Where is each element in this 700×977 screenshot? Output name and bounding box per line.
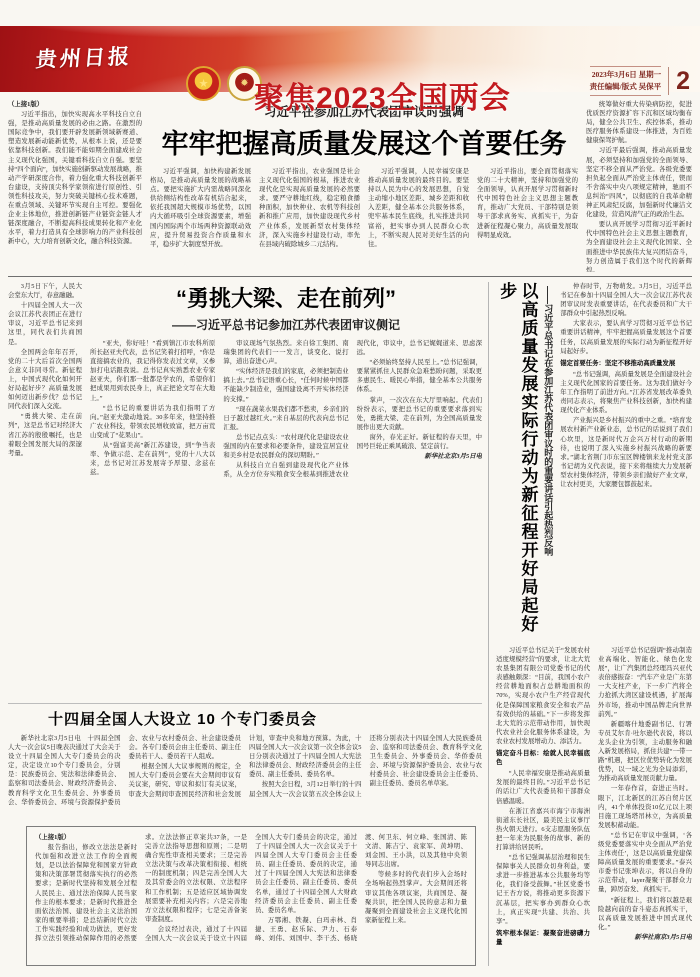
paragraph: 窗外，春光正好。新征程的春天里，中国号巨轮正乘风破浪、坚定前行。 (357, 433, 482, 451)
top-story-headline: 牢牢把握高质量发展这个首要任务 (150, 122, 578, 161)
paragraph: 习近平总书记关于“发展农村适度规模经营”的要求，让北大荒农垦集团有限公司党委书记… (496, 646, 590, 746)
paragraph: 审议现场气氛热烈。来自徐工集团、南瑞集团的代表们一一发言，谈变化、说打算，道出奋… (223, 339, 348, 366)
emblem-group: ★ ✹ (186, 66, 262, 101)
paragraph: 锚定奋斗目标：绘就人民幸福底色 (496, 749, 590, 767)
paragraph: 一年春作首，奋进正当时。眼下，江北新区的江苏自贸片区内，41个单体投资10亿元以… (598, 784, 692, 829)
paragraph: 筑牢根本保证：凝聚奋进磅礴力量 (496, 929, 590, 947)
editor-line: 责任编辑/版式 吴保平 (590, 81, 661, 93)
paragraph: 新华社南京3月5日电 (598, 933, 692, 942)
paragraph: “总书记强调基层治理和民生保障事关人民群众切身利益，要求进一步推进基本公共服务均… (496, 853, 590, 926)
paragraph: 从“强富美高”新江苏建设，到“争当表率、争做示范、走在前列”，党的十八大以来，总… (90, 441, 215, 477)
paragraph: （上接1版） (8, 100, 142, 109)
paragraph: 产业振兴是乡村振兴的重中之重。“培育发展农村新产业新业态，总书记的话说到了我们心… (560, 416, 692, 489)
paragraph: 习近平总书记强调“推动制造业高端化、智能化、绿色化发展”，让广汽集团总经理冯兴亚… (598, 646, 692, 719)
reaction-bottom-columns: 习近平总书记关于“发展农村适度规模经营”的要求，让北大荒农垦集团有限公司党委书记… (496, 646, 692, 962)
npc-committees-section: 十四届全国人大设立 10 个专门委员会 新华社北京3月5日电 十四届全国人大一次… (8, 708, 482, 820)
npc-body-columns: 新华社北京3月5日电 十四届全国人大一次会议5日晚表决通过了大会关于设立十四届全… (8, 734, 482, 818)
boxed-body-columns: （上接1版）报告指出，修改立法法是新时代加强和改进立法工作的全面规划，是以法治保… (35, 833, 467, 955)
column-divider-vertical (488, 282, 489, 966)
paragraph: “勇挑大梁、走在前列”，这是总书记对经济大省江苏的殷殷嘱托，也是着眼全国发展大局… (8, 412, 82, 457)
paragraph: 在浙江省嘉兴市海宁市海洲街道东长社区，最美民主议事厅热火朝天进行。6支志愿服务队… (496, 807, 590, 852)
feature-title: “勇挑大梁、走在前列” (90, 282, 482, 313)
top-story-body-columns: 习近平强调，加快构建新发展格局，是推动高质量发展的战略基点。要把实施扩大内需战略… (150, 167, 578, 272)
reaction-article-section: 以高质量发展实际行动为新征程开好局起好步 ——习近平总书记在参加江苏代表团审议时… (496, 282, 692, 966)
date-line: 2023年3月6日 星期一 (590, 69, 661, 81)
section-divider-middle (8, 703, 482, 704)
paragraph: 习近平强调，加快构建新发展格局，是推动高质量发展的战略基点。要把实施扩大内需战略… (150, 167, 251, 249)
paragraph: 仲春时节，万物萌发。3月5日，习近平总书记在参加十四届全国人大一次会议江苏代表团… (560, 282, 692, 318)
top-story-section: （上接1版）习近平指出，加快实现高水平科技自立自强，是推动高质量发展的必由之路。… (8, 100, 692, 272)
reaction-top: 以高质量发展实际行动为新征程开好局起好步 ——习近平总书记在参加江苏代表团审议时… (496, 282, 692, 638)
feature-main: “勇挑大梁、走在前列” ——习近平总书记参加江苏代表团审议侧记 “亚夫，你好哇！… (90, 282, 482, 700)
paragraph: 锚定首要任务：坚定不移推动高质量发展 (560, 359, 692, 368)
top-story-right-column: 统筹做好重大传染病防控，促进优质医疗资源扩容下沉和区域均衡布局，健全公共卫生、疾… (586, 100, 692, 272)
paragraph: “总书记的重要讲话为我们指明了方向。”赵亚夫激动地说。30多年来，他坚持推广农业… (90, 404, 215, 440)
top-story-left-column: （上接1版）习近平指出，加快实现高水平科技自立自强，是推动高质量发展的必由之路。… (8, 100, 142, 272)
paragraph: 等候多时的代表们步入会场时全场响起热烈掌声。大会期间还将审议其他各项议案，共商国… (365, 870, 467, 925)
paragraph: 全国两会年年召开，党的二十大后首次全国两会意义非同寻常。新征程上，中国式现代化如… (8, 348, 82, 412)
paragraph: “总书记在审议中强调，‘各级党委要落实中央全面从严治党主体责任’，这是以高质量党… (598, 831, 692, 895)
paragraph: 十四届全国人大一次会议江苏代表团正在进行审议，习近平总书记来到这里，同代表们共商… (8, 301, 82, 346)
paragraph: “人民幸福安康是推动高质量发展的最终目的。”习近平总书记的话让广大代表委员和干部… (496, 769, 590, 805)
paragraph: “实体经济是我们的家底，必须把制造业搞上去。”总书记语重心长，“任何时候中国都不… (223, 367, 348, 403)
paragraph: 习近平指出，要全面贯彻落实党的二十大精神，坚持和加强党的全面领导，认真开展学习贯… (477, 167, 578, 240)
paragraph: 3月5日下午，人民大会堂东大厅，春意融融。 (8, 282, 82, 300)
paragraph: “总书记强调，高质量发展是全面建设社会主义现代化国家的首要任务。这为我们做好今年… (560, 370, 692, 415)
date-block: 2023年3月6日 星期一 责任编辑/版式 吴保平 2 (590, 66, 690, 96)
paragraph: （上接1版） (35, 833, 137, 842)
date-editor-lines: 2023年3月6日 星期一 责任编辑/版式 吴保平 (590, 66, 661, 96)
paragraph: “新征程上，我们将以越是艰险越向前的奋斗姿态真抓实干，以高质量发展推进中国式现代… (598, 896, 692, 932)
paragraph: 新疆喀什地委副书记、行署专员艾尔肯·吐尔逊代表说，将以龙头企业为引领，主动服务和… (598, 720, 692, 784)
paragraph: “亚夫，你好哇！”看到镇江市农科所原所长赵亚夫代表，总书记笑着打招呼，“你是直接… (90, 339, 215, 403)
paragraph: 大家表示，要认真学习贯彻习近平总书记重要讲话精神，牢牢把握高质量发展这个首要任务… (560, 319, 692, 355)
paragraph: 习近平指出，农业强国是社会主义现代化强国的根基，推进农业现代化是实现高质量发展的… (259, 167, 360, 249)
paragraph: 统筹做好重大传染病防控，促进优质医疗资源扩容下沉和区域均衡布局，健全公共卫生、疾… (586, 100, 692, 145)
paragraph: “现在蔬菜水果我们都不愁卖，乡亲们的日子越过越红火。”来自基层的代表向总书记汇报… (223, 405, 348, 432)
page-number: 2 (676, 67, 690, 96)
paragraph: 习近平强调，人民幸福安康是推动高质量发展的最终目的。要坚持以人民为中心的发展思想… (368, 167, 469, 249)
paragraph: 习近平指出，加快实现高水平科技自立自强，是推动高质量发展的必由之路。在激烈的国际… (8, 110, 142, 246)
paragraph: 要认真开展学习贯彻习近平新时代中国特色社会主义思想主题教育，为全面建设社会主义现… (586, 220, 692, 272)
date-divider (668, 67, 669, 95)
paragraph: 新华社北京3月5日电 (357, 452, 482, 461)
feature-lead-column: 3月5日下午，人民大会堂东大厅，春意融融。十四届全国人大一次会议江苏代表团正在进… (8, 282, 82, 700)
boxed-continuation-article: （上接1版）报告指出，修改立法法是新时代加强和改进立法工作的全面规划，是以法治保… (26, 826, 476, 966)
paragraph: 掌声，一次次在东大厅里响起。代表们纷纷表示，要把总书记的重要要求落到实处，勇挑大… (357, 396, 482, 432)
npc-headline: 十四届全国人大设立 10 个专门委员会 (8, 708, 482, 729)
newspaper-page: 贵州日报 ★ ✹ 聚焦2023全国两会 2023年3月6日 星期一 责任编辑/版… (0, 0, 700, 977)
paragraph: “必须始终坚持人民至上。”总书记强调，要紧紧抓住人民群众急难愁盼问题，采取更多惠… (357, 358, 482, 394)
feature-body-columns: “亚夫，你好哇！”看到镇江市农科所原所长赵亚夫代表，总书记笑着打招呼，“你是直接… (90, 339, 482, 691)
section-divider-top (8, 276, 692, 277)
newspaper-logo: 贵州日报 (35, 40, 134, 73)
feature-article-section: 3月5日下午，人民大会堂东大厅，春意融融。十四届全国人大一次会议江苏代表团正在进… (8, 282, 482, 700)
reaction-top-column: 仲春时节，万物萌发。3月5日，习近平总书记在参加十四届全国人大一次会议江苏代表团… (560, 282, 692, 638)
masthead-banner: 贵州日报 ★ ✹ 聚焦2023全国两会 2023年3月6日 星期一 责任编辑/版… (0, 26, 700, 92)
national-emblem-icon: ★ (186, 66, 221, 101)
top-story-center: 习近平在参加江苏代表团审议时强调 牢牢把握高质量发展这个首要任务 习近平强调，加… (150, 100, 578, 272)
reaction-vertical-title: 以高质量发展实际行动为新征程开好局起好步 (496, 282, 539, 638)
reaction-vertical-subtitle: ——习近平总书记在参加江苏代表团审议时的重要讲话引起热烈反响 (542, 282, 554, 638)
feature-subtitle: ——习近平总书记参加江苏代表团审议侧记 (90, 316, 482, 333)
section-banner-title: 聚焦2023全国两会 (254, 73, 511, 117)
paragraph: 习近平最后强调，推动高质量发展，必须坚持和加强党的全面领导、坚定不移全面从严治党… (586, 146, 692, 219)
paragraph: 总书记点点头：“农村现代化是建设农业强国的内在要求和必要条件，建设宜居宜业和美乡… (223, 433, 348, 460)
